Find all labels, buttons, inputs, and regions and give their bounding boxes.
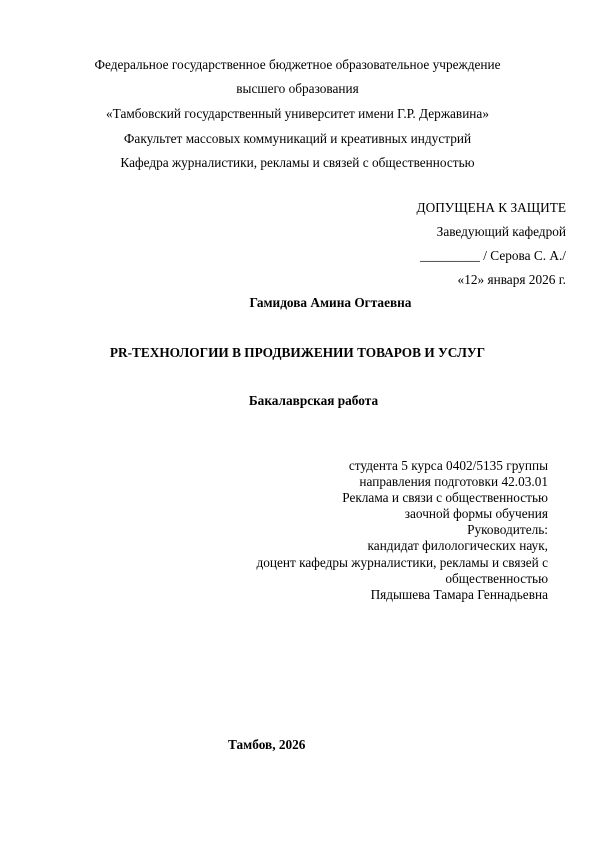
- supervisor-position-cont: общественностью: [256, 571, 548, 587]
- student-course-group: студента 5 курса 0402/5135 группы: [256, 458, 548, 474]
- header-ministry-line: Федеральное государственное бюджетное об…: [0, 57, 595, 73]
- approval-status: ДОПУЩЕНА К ЗАЩИТЕ: [417, 200, 566, 216]
- work-type: Бакалаврская работа: [0, 393, 595, 409]
- student-direction-code: направления подготовки 42.03.01: [256, 474, 548, 490]
- approval-position: Заведующий кафедрой: [437, 224, 566, 240]
- work-title: PR-ТЕХНОЛОГИИ В ПРОДВИЖЕНИИ ТОВАРОВ И УС…: [0, 345, 595, 361]
- header-university-name: «Тамбовский государственный университет …: [0, 106, 595, 122]
- student-direction-name: Реклама и связи с общественностью: [256, 490, 548, 506]
- header-education-level: высшего образования: [0, 81, 595, 97]
- supervisor-position: доцент кафедры журналистики, рекламы и с…: [256, 555, 548, 571]
- title-page: Федеральное государственное бюджетное об…: [0, 0, 595, 841]
- header-department: Кафедра журналистики, рекламы и связей с…: [0, 155, 595, 171]
- approval-signature: _________ / Серова С. А./: [420, 248, 566, 264]
- student-study-form: заочной формы обучения: [256, 506, 548, 522]
- supervisor-name: Пядышева Тамара Геннадьевна: [256, 587, 548, 603]
- approval-date: «12» января 2026 г.: [458, 272, 566, 288]
- footer-city-year: Тамбов, 2026: [228, 737, 305, 753]
- supervisor-degree: кандидат филологических наук,: [256, 538, 548, 554]
- student-info-block: студента 5 курса 0402/5135 группы направ…: [256, 458, 548, 603]
- header-faculty: Факультет массовых коммуникаций и креати…: [0, 131, 595, 147]
- supervisor-label: Руководитель:: [256, 522, 548, 538]
- author-name: Гамидова Амина Огтаевна: [0, 295, 595, 311]
